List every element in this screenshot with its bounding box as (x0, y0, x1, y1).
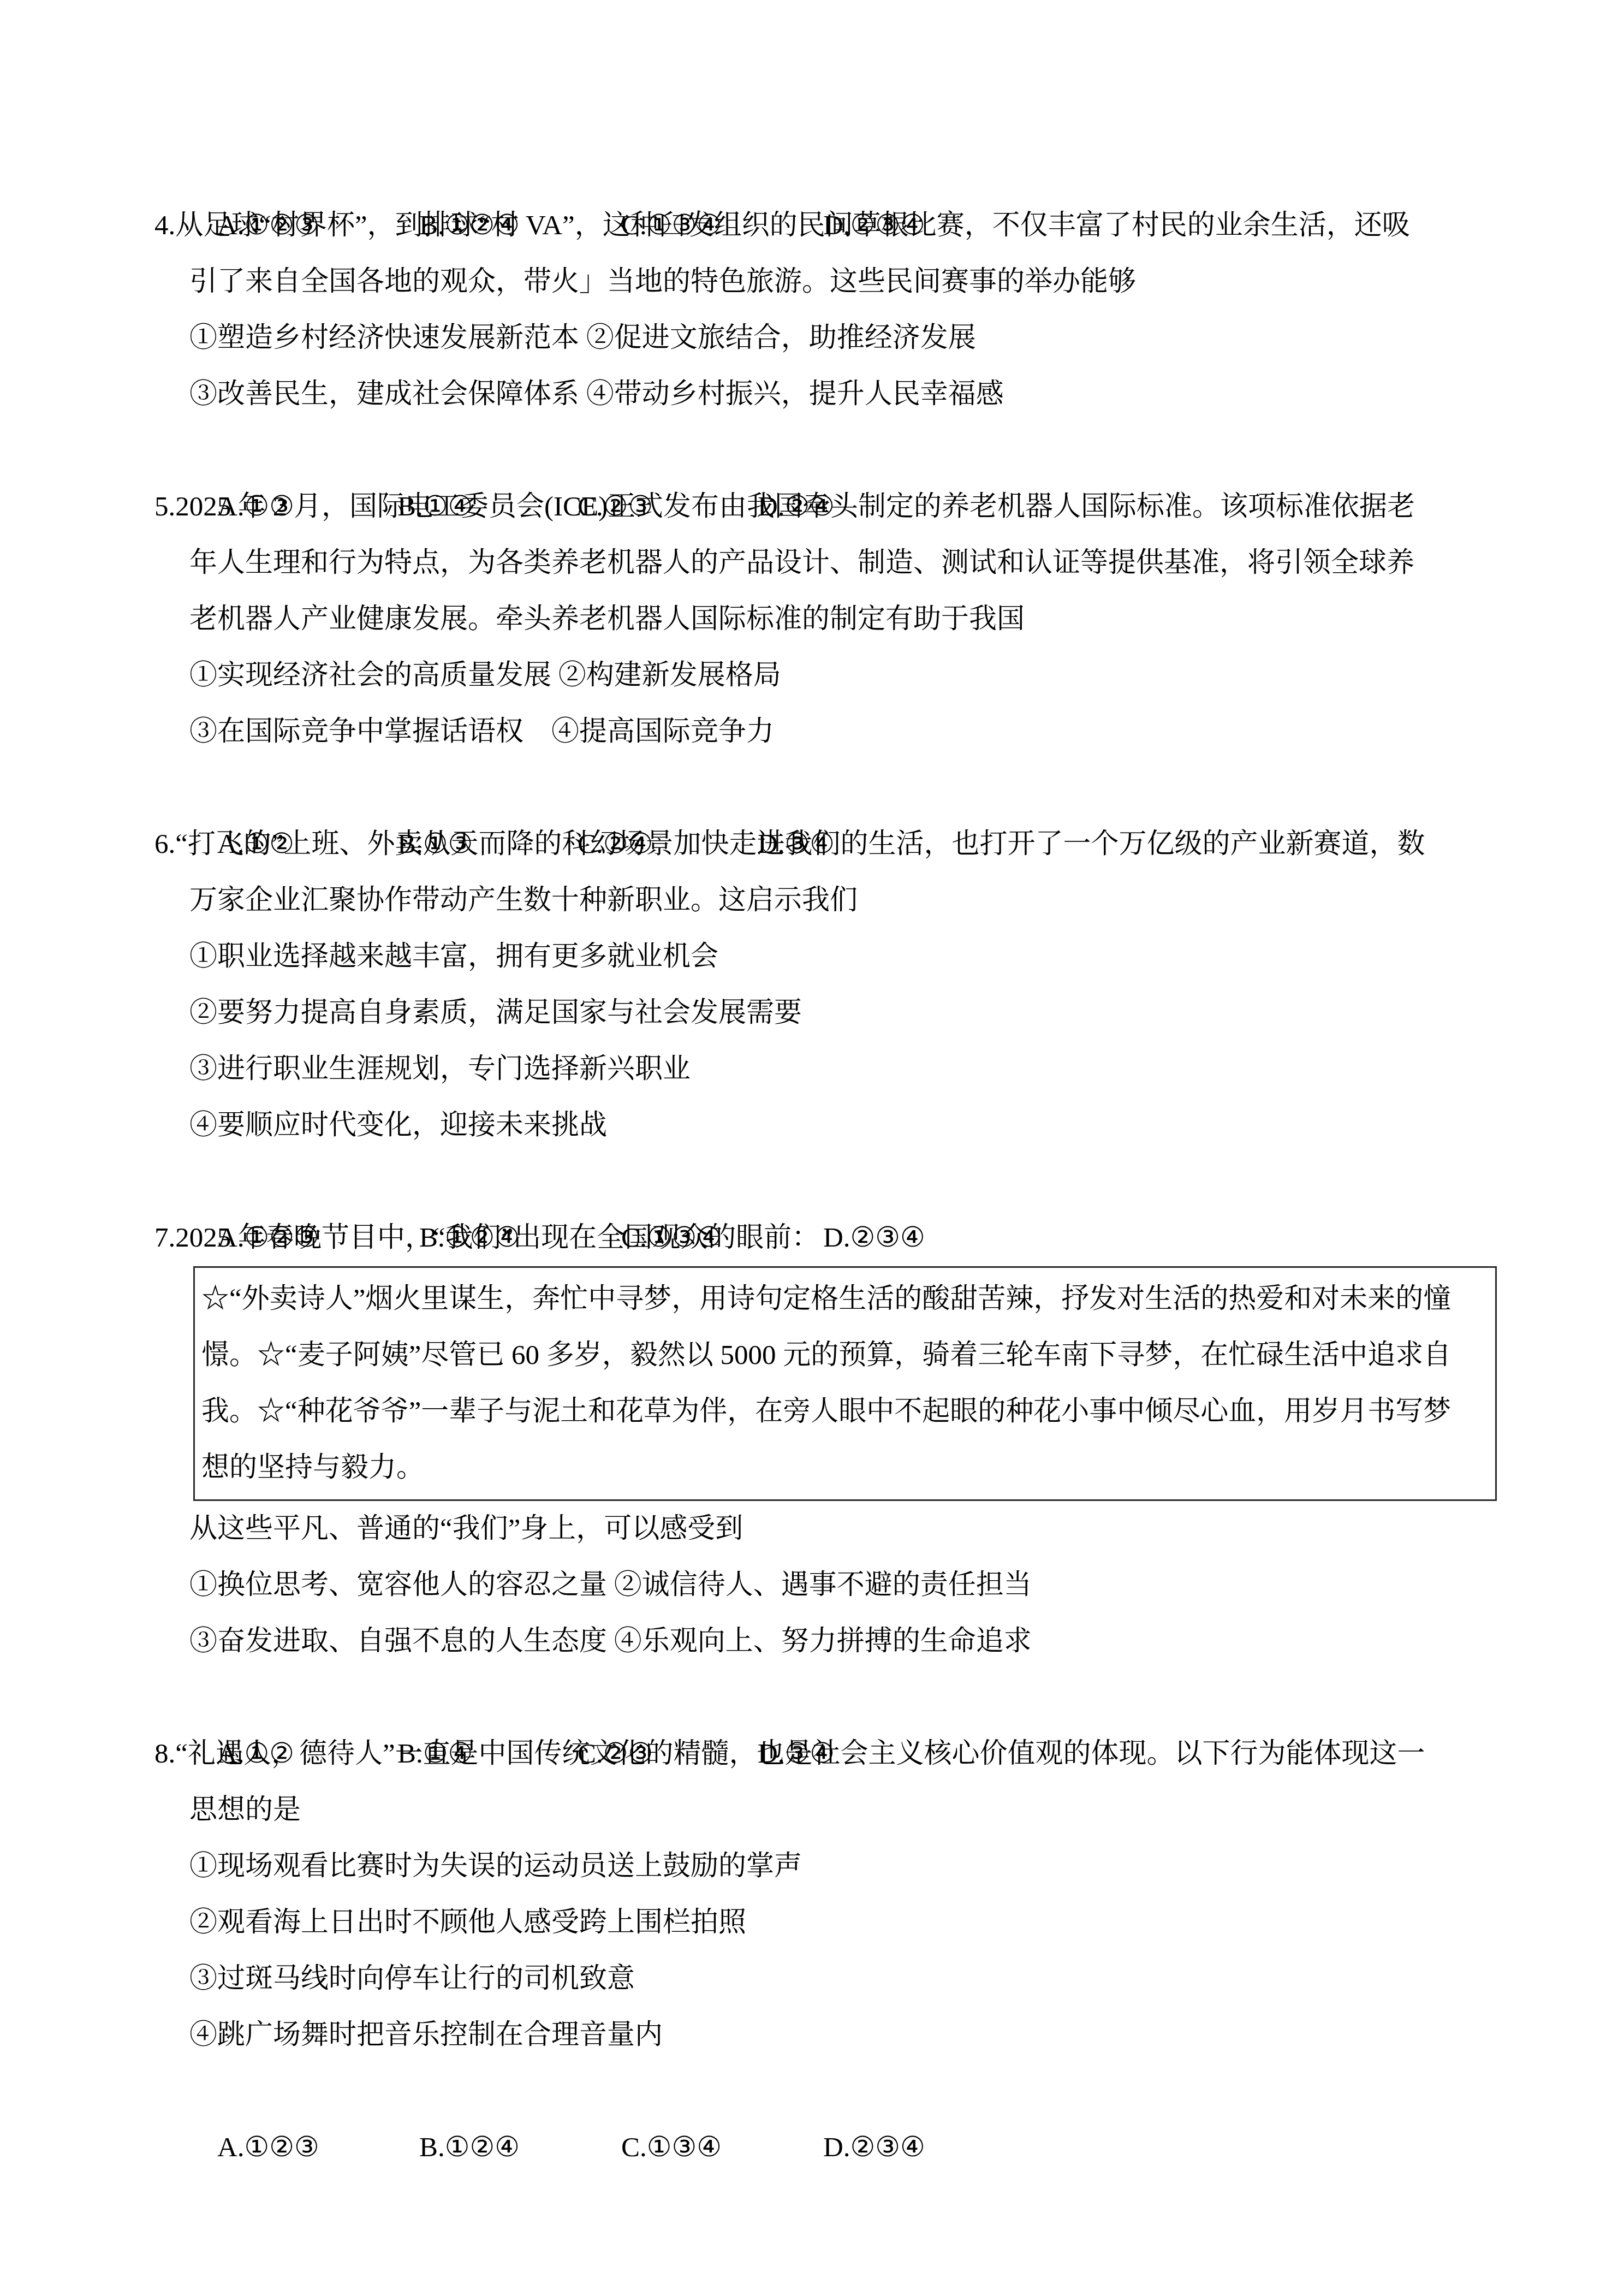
question-7-stem-line: 7.2025 年春晚节目中，“我们”出现在全国观众的眼前： (0, 1210, 1624, 1266)
exam-page: A.①②③B.①②④C.①③④D.②③④ 4.从足球“村界杯”，到排球“村 VA… (0, 0, 1624, 2296)
question-7-choice-line: ③奋发进取、自强不息的人生态度 ④乐观向上、努力拼搏的生命追求 (0, 1613, 1624, 1670)
question-6-stem-line: 6.“打飞的”上班、外卖从天而降的科幻场景加快走进我们的生活，也打开了一个万亿级… (0, 816, 1624, 873)
option-b: B.①②④ (419, 2120, 621, 2176)
question-7-answer-options-row: A.①②B.①④C.②③D.③④ (0, 1670, 1624, 1726)
question-5-stem-line: 年人生理和行为特点，为各类养老机器人的产品设计、制造、测试和认证等提供基准，将引… (0, 535, 1624, 591)
question-8-stem-line: 思想的是 (0, 1782, 1624, 1838)
material-box-line: 想的坚持与毅力。 (195, 1440, 1495, 1496)
question-8-stem-line: 8.“礼遇人，德待人”一直是中国传统文化的精髓，也是社会主义核心价值观的体现。以… (0, 1726, 1624, 1782)
question-6-answer-options-row: A.①②③B.①②④C.①③④D.②③④ (0, 1154, 1624, 1210)
option-d: D.②③④ (823, 2120, 925, 2176)
question-6-choice-line: ④要顺应时代变化，迎接未来挑战 (0, 1097, 1624, 1154)
question-6-choice-line: ①职业选择越来越丰富，拥有更多就业机会 (0, 929, 1624, 985)
question-4-choice-line: ①塑造乡村经济快速发展新范本 ②促进文旅结合，助推经济发展 (0, 310, 1624, 366)
question-4-stem-line: 4.从足球“村界杯”，到排球“村 VA”，这种臼发组织的民间草根比赛，不仅丰富了… (0, 198, 1624, 254)
question-5-stem-line: 5.2025 年 2 月，国际电工委员会(ICE)正式发布由我国牵头制定的养老机… (0, 479, 1624, 535)
question-5-choice-line: ①实现经济社会的高质量发展 ②构建新发展格局 (0, 648, 1624, 704)
question-3-answer-options-row: A.①②③B.①②④C.①③④D.②③④ (0, 141, 1624, 198)
material-box-line: 憬。☆“麦子阿姨”尽管已 60 多岁，毅然以 5000 元的预算，骑着三轮车南下… (195, 1327, 1495, 1384)
material-box-line: ☆“外卖诗人”烟火里谋生，奔忙中寻梦，用诗句定格生活的酸甜苦辣，抒发对生活的热爱… (195, 1271, 1495, 1327)
question-6-stem-line: 万家企业汇聚协作带动产生数十种新职业。这启示我们 (0, 873, 1624, 929)
question-4-choice-line: ③改善民生，建成社会保障体系 ④带动乡村振兴，提升人民幸福感 (0, 366, 1624, 423)
question-7-stem-line: 从这些平凡、普通的“我们”身上，可以感受到 (0, 1501, 1624, 1557)
question-5-stem-line: 老机器人产业健康发展。牵头养老机器人国际标准的制定有助于我国 (0, 591, 1624, 648)
question-8-choice-line: ②观看海上日出时不顾他人感受跨上围栏拍照 (0, 1895, 1624, 1951)
question-5-answer-options-row: A.①②B.①③C.②④D.③④ (0, 760, 1624, 816)
question-8-choice-line: ④跳广场舞时把音乐控制在合理音量内 (0, 2007, 1624, 2063)
question-7-choice-line: ①换位思考、宽容他人的容忍之量 ②诚信待人、遇事不避的责任担当 (0, 1557, 1624, 1613)
option-d: D.②③④ (823, 1210, 925, 1266)
question-4-answer-options-row: A.①③B.①④C.②③D.②④ (0, 423, 1624, 479)
question-4-stem-line: 引了来自全国各地的观众，带火」当地的特色旅游。这些民间赛事的举办能够 (0, 254, 1624, 310)
question-6-choice-line: ③进行职业生涯规划，专门选择新兴职业 (0, 1041, 1624, 1097)
question-5-choice-line: ③在国际竞争中掌握话语权 ④提高国际竞争力 (0, 704, 1624, 760)
option-c: C.①③④ (621, 2120, 823, 2176)
question-6-choice-line: ②要努力提高自身素质，满足国家与社会发展需要 (0, 985, 1624, 1041)
material-box-line: 我。☆“种花爷爷”一辈子与泥土和花草为伴，在旁人眼中不起眼的种花小事中倾尽心血，… (195, 1384, 1495, 1440)
question-7-material-box: ☆“外卖诗人”烟火里谋生，奔忙中寻梦，用诗句定格生活的酸甜苦辣，抒发对生活的热爱… (193, 1266, 1497, 1501)
question-8-choice-line: ①现场观看比赛时为失误的运动员送上鼓励的掌声 (0, 1838, 1624, 1895)
option-a: A.①②③ (217, 2120, 419, 2176)
question-8-choice-line: ③过斑马线时向停车让行的司机致意 (0, 1951, 1624, 2007)
question-8-answer-options-row: A.①②③B.①②④C.①③④D.②③④ (0, 2063, 1624, 2120)
